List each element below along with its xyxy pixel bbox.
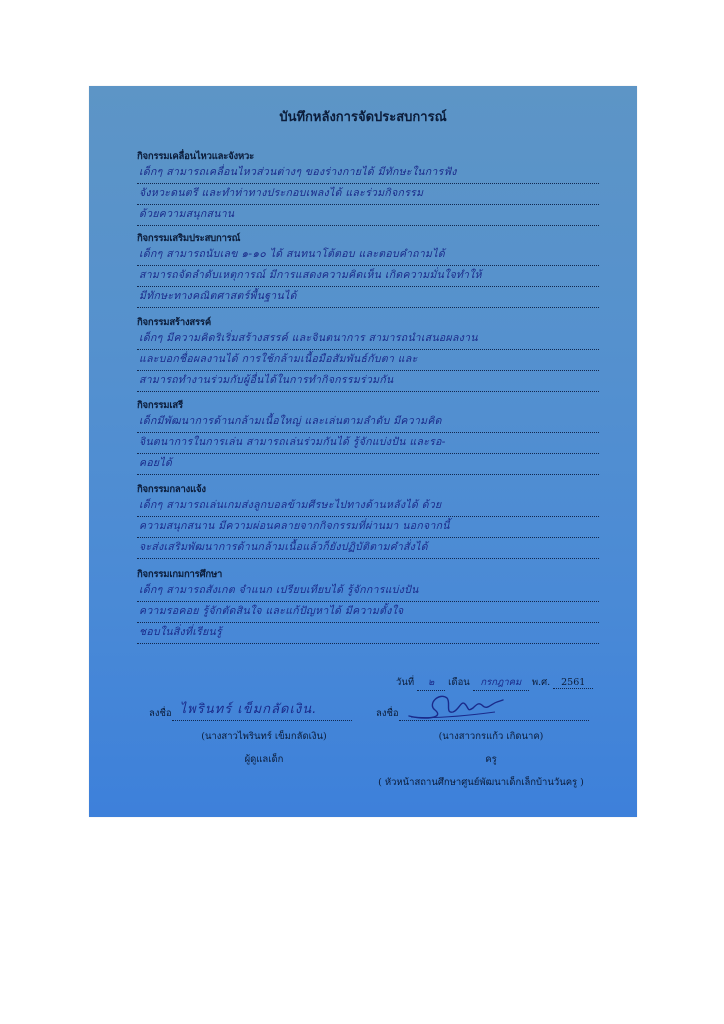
document-page: บันทึกหลังการจัดประสบการณ์ กิจกรรมเคลื่อ… (89, 86, 637, 817)
handwritten-line: สามารถทำงานร่วมกับผู้อื่นได้ในการทำกิจกร… (137, 371, 599, 392)
handwritten-line: และบอกชื่อผลงานได้ การใช้กล้ามเนื้อมือสั… (137, 350, 599, 371)
section-heading: กิจกรรมเสรี (137, 399, 599, 412)
signatory-role: ครู (376, 752, 606, 767)
signature-scribble (405, 690, 515, 722)
handwritten-line: สามารถจัดลำดับเหตุการณ์ มีการแสดงความคิด… (137, 266, 599, 287)
section-heading: กิจกรรมเสริมประสบการณ์ (137, 232, 599, 245)
handwritten-line: ด้วยความสนุกสนาน (137, 205, 599, 226)
year-value: 2561 (561, 677, 585, 688)
signature-block-teacher: ลงชื่อ (นางสาวกรแก้ว เกิดนาค) ครู ( หัวห… (376, 704, 606, 790)
document-title: บันทึกหลังการจัดประสบการณ์ (89, 106, 637, 127)
month-value: กรกฎาคม (480, 677, 521, 688)
handwritten-line: เด็กมีพัฒนาการด้านกล้ามเนื้อใหญ่ และเล่น… (137, 412, 599, 433)
section-heading: กิจกรรมเกมการศึกษา (137, 568, 599, 581)
handwritten-line: คอยได้ (137, 454, 599, 475)
sign-label: ลงชื่อ (376, 706, 399, 721)
section-movement: กิจกรรมเคลื่อนไหวและจังหวะ เด็กๆ สามารถเ… (137, 150, 599, 226)
month-label: เดือน (448, 677, 470, 688)
handwritten-line: ชอบในสิ่งที่เรียนรู้ (137, 623, 599, 644)
handwritten-line: จังหวะดนตรี และทำท่าทางประกอบเพลงได้ และ… (137, 184, 599, 205)
section-heading: กิจกรรมกลางแจ้ง (137, 483, 599, 496)
handwritten-line: จินตนาการในการเล่น สามารถเล่นร่วมกันได้ … (137, 433, 599, 454)
day-value: ๒ (428, 677, 434, 688)
signature-block-caregiver: ลงชื่อ ไพรินทร์ เข็มกลัดเงิน. (นางสาวไพร… (149, 704, 369, 767)
day-label: วันที่ (396, 677, 414, 688)
section-educational-games: กิจกรรมเกมการศึกษา เด็กๆ สามารถสังเกต จำ… (137, 568, 599, 644)
handwritten-line: เด็กๆ สามารถนับเลข ๑-๑๐ ได้ สนทนาโต้ตอบ … (137, 245, 599, 266)
signatory-name: (นางสาวไพรินทร์ เข็มกลัดเงิน) (159, 729, 369, 744)
section-creative: กิจกรรมสร้างสรรค์ เด็กๆ มีความคิดริเริ่ม… (137, 316, 599, 392)
handwritten-line: เด็กๆ มีความคิดริเริ่มสร้างสรรค์ และจินต… (137, 329, 599, 350)
handwritten-line: ความสนุกสนาน มีความผ่อนคลายจากกิจกรรมที่… (137, 517, 599, 538)
handwritten-line: ความรอคอย รู้จักตัดสินใจ และแก้ปัญหาได้ … (137, 602, 599, 623)
section-outdoor: กิจกรรมกลางแจ้ง เด็กๆ สามารถเล่นเกมส่งลู… (137, 483, 599, 559)
section-free-play: กิจกรรมเสรี เด็กมีพัฒนาการด้านกล้ามเนื้อ… (137, 399, 599, 475)
handwritten-line: จะส่งเสริมพัฒนาการด้านกล้ามเนื้อแล้วก็ยั… (137, 538, 599, 559)
section-heading: กิจกรรมสร้างสรรค์ (137, 316, 599, 329)
handwritten-line: เด็กๆ สามารถสังเกต จำแนก เปรียบเทียบได้ … (137, 581, 599, 602)
handwritten-signature: ไพรินทร์ เข็มกลัดเงิน. (180, 698, 318, 719)
signatory-name: (นางสาวกรแก้ว เกิดนาค) (376, 729, 606, 744)
signatory-subrole: ( หัวหน้าสถานศึกษาศูนย์พัฒนาเด็กเล็กบ้าน… (356, 775, 606, 790)
handwritten-line: เด็กๆ สามารถเคลื่อนไหวส่วนต่างๆ ของร่างก… (137, 163, 599, 184)
signatory-role: ผู้ดูแลเด็ก (159, 752, 369, 767)
section-heading: กิจกรรมเคลื่อนไหวและจังหวะ (137, 150, 599, 163)
handwritten-line: เด็กๆ สามารถเล่นเกมส่งลูกบอลข้ามศีรษะไปท… (137, 496, 599, 517)
sign-label: ลงชื่อ (149, 706, 172, 721)
handwritten-line: มีทักษะทางคณิตศาสตร์พื้นฐานได้ (137, 287, 599, 308)
section-enrichment: กิจกรรมเสริมประสบการณ์ เด็กๆ สามารถนับเล… (137, 232, 599, 308)
date-row: วันที่ ๒ เดือน กรกฎาคม พ.ศ. 2561 (396, 675, 593, 691)
year-label: พ.ศ. (532, 677, 550, 688)
